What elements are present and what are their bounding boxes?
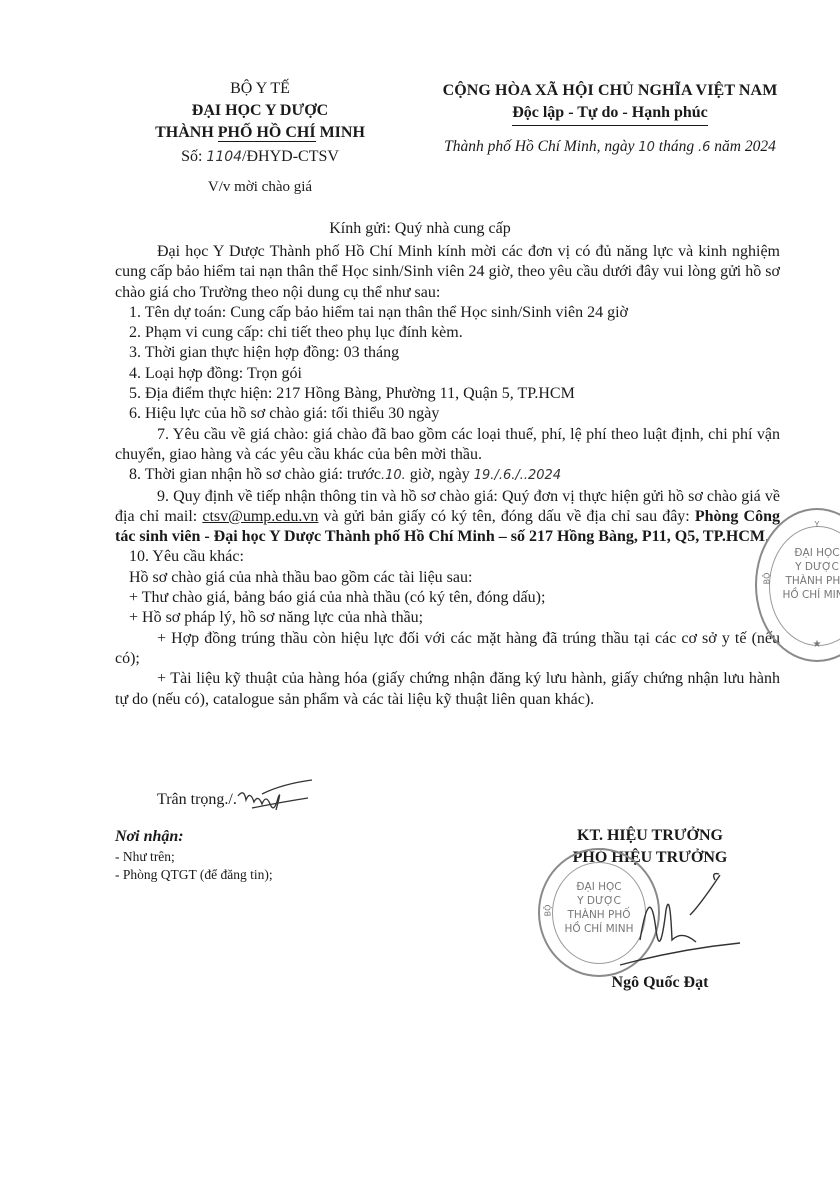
doc-item: + Tài liệu kỹ thuật của hàng hóa (giấy c… xyxy=(115,669,780,710)
doc-item: + Thư chào giá, bảng báo giá của nhà thầ… xyxy=(115,588,780,608)
list-item: 4. Loại hợp đồng: Trọn gói xyxy=(115,364,780,384)
national-motto: Độc lập - Tự do - Hạnh phúc xyxy=(512,102,708,126)
email-link[interactable]: ctsv@ump.edu.vn xyxy=(202,508,318,525)
intro-paragraph: Đại học Y Dược Thành phố Hồ Chí Minh kín… xyxy=(115,242,780,303)
closing: Trân trọng./. xyxy=(157,791,237,809)
list-item: 6. Hiệu lực của hồ sơ chào giá: tối thiể… xyxy=(115,404,780,424)
star-icon: ★ xyxy=(757,638,840,652)
doc-item: + Hợp đồng trúng thầu còn hiệu lực đối v… xyxy=(115,629,780,670)
ministry-name: BỘ Y TẾ xyxy=(100,78,420,100)
university-name-line2: THÀNH PHỐ HỒ CHÍ MINH xyxy=(100,122,420,144)
document-subject: V/v mời chào giá xyxy=(100,176,420,198)
director-signature-icon xyxy=(600,870,750,980)
document-number: Số: 1104/ĐHYD-CTSV xyxy=(100,146,420,168)
list-item-other: 10. Yêu cầu khác: xyxy=(115,547,780,567)
doc-item: + Hồ sơ pháp lý, hồ sơ năng lực của nhà … xyxy=(115,608,780,628)
recipients-block: Nơi nhận: - Như trên; - Phòng QTGT (để đ… xyxy=(115,828,273,884)
handwritten-number: 1104 xyxy=(206,149,242,165)
list-item: 2. Phạm vi cung cấp: chi tiết theo phụ l… xyxy=(115,323,780,343)
list-item: 3. Thời gian thực hiện hợp đồng: 03 thán… xyxy=(115,343,780,363)
initial-signature-icon xyxy=(232,778,322,818)
university-name-line1: ĐẠI HỌC Y DƯỢC xyxy=(100,100,420,122)
issuer-header: BỘ Y TẾ ĐẠI HỌC Y DƯỢC THÀNH PHỐ HỒ CHÍ … xyxy=(100,78,420,198)
greeting: Kính gửi: Quý nhà cung cấp xyxy=(0,220,840,238)
recipient-item: - Phòng QTGT (để đăng tin); xyxy=(115,866,273,884)
list-item: 7. Yêu cầu về giá chào: giá chào đã bao … xyxy=(115,425,780,466)
signer-name: Ngô Quốc Đạt xyxy=(540,974,780,992)
list-item: 5. Địa điểm thực hiện: 217 Hồng Bàng, Ph… xyxy=(115,384,780,404)
recipient-item: - Như trên; xyxy=(115,848,273,866)
list-item: 1. Tên dự toán: Cung cấp bảo hiểm tai nạ… xyxy=(115,303,780,323)
document-date: Thành phố Hồ Chí Minh, ngày 10 tháng .6 … xyxy=(400,138,820,156)
recipients-title: Nơi nhận: xyxy=(115,828,273,846)
list-item-submission: 9. Quy định về tiếp nhận thông tin và hồ… xyxy=(115,487,780,548)
nation-title: CỘNG HÒA XÃ HỘI CHỦ NGHĨA VIỆT NAM xyxy=(400,80,820,102)
letter-body: Đại học Y Dược Thành phố Hồ Chí Minh kín… xyxy=(115,242,780,710)
margin-stamp: Y ĐẠI HỌC Y DƯỢC THÀNH PHỐ HỒ CHÍ MINH B… xyxy=(755,508,840,662)
docs-lead: Hồ sơ chào giá của nhà thầu bao gồm các … xyxy=(115,568,780,588)
national-header: CỘNG HÒA XÃ HỘI CHỦ NGHĨA VIỆT NAM Độc l… xyxy=(400,80,820,156)
list-item-deadline: 8. Thời gian nhận hồ sơ chào giá: trước.… xyxy=(115,465,780,486)
